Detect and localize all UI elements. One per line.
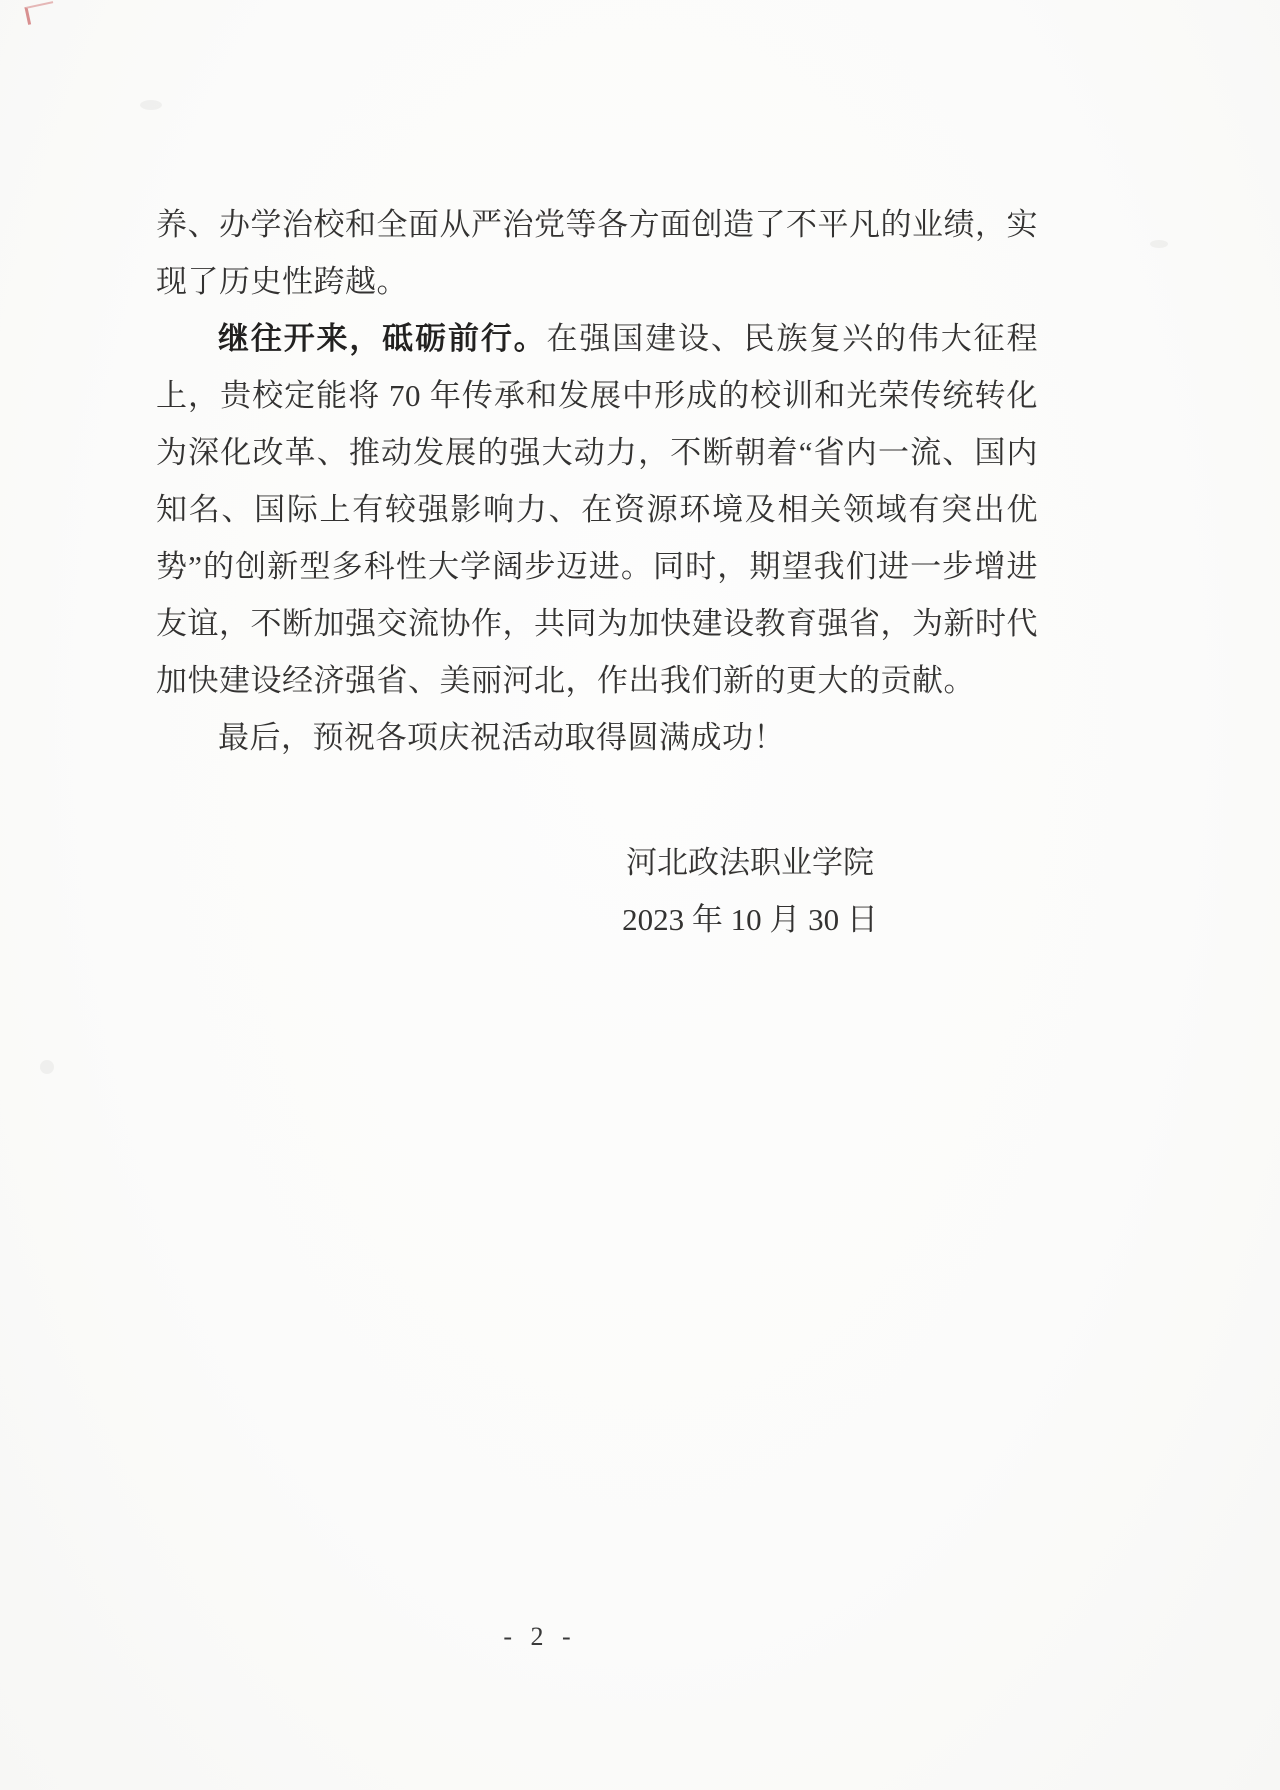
paragraph-continued: 养、办学治校和全面从严治党等各方面创造了不平凡的业绩，实现了历史性跨越。 [156,196,1038,310]
letter-body: 养、办学治校和全面从严治党等各方面创造了不平凡的业绩，实现了历史性跨越。 继往开… [156,196,1038,766]
scan-artifact-mark [24,1,56,25]
signature-date: 2023 年 10 月 30 日 [560,891,940,948]
paragraph-text: 在强国建设、民族复兴的伟大征程上，贵校定能将 70 年传承和发展中形成的校训和光… [156,321,1038,698]
paragraph-text: 养、办学治校和全面从严治党等各方面创造了不平凡的业绩，实现了历史性跨越。 [156,207,1038,299]
scan-smudge [140,100,162,110]
paragraph-lead-bold: 继往开来，砥砺前行。 [218,321,547,356]
signature-block: 河北政法职业学院 2023 年 10 月 30 日 [560,834,940,948]
scanned-letter-page: 养、办学治校和全面从严治党等各方面创造了不平凡的业绩，实现了历史性跨越。 继往开… [0,0,1280,1790]
paragraph-text: 最后，预祝各项庆祝活动取得圆满成功！ [218,720,785,755]
paragraph: 继往开来，砥砺前行。在强国建设、民族复兴的伟大征程上，贵校定能将 70 年传承和… [156,310,1038,709]
scan-smudge [40,1060,54,1074]
scan-smudge [1150,240,1168,248]
signature-org-name: 河北政法职业学院 [560,834,940,891]
page-number: - 2 - [440,1622,640,1652]
paragraph-closing: 最后，预祝各项庆祝活动取得圆满成功！ [156,709,1038,766]
